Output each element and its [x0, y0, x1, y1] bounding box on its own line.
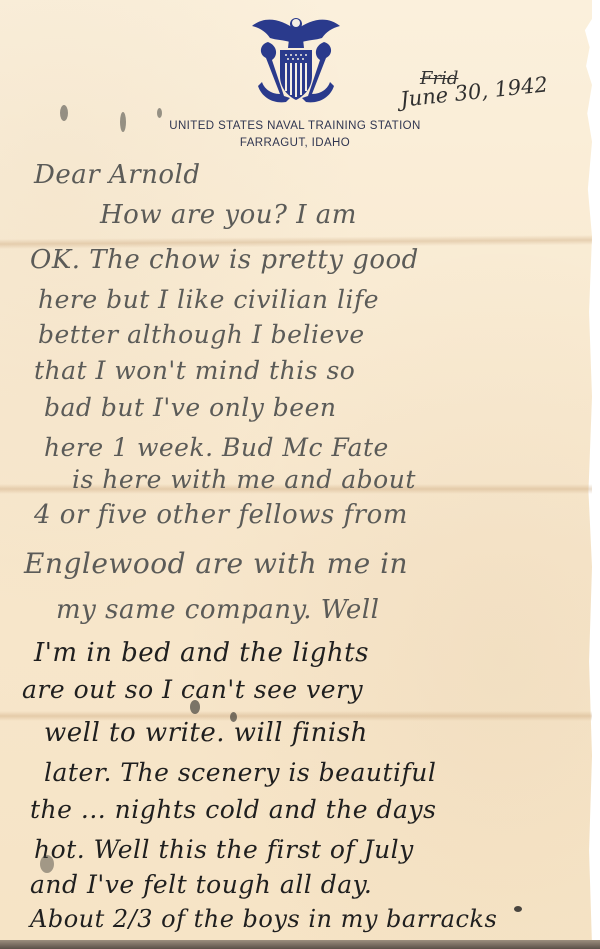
ink-blot — [40, 855, 54, 873]
letter-line: OK. The chow is pretty good — [30, 245, 419, 275]
navy-emblem-icon — [250, 2, 342, 110]
letterhead-title: UNITED STATES NAVAL TRAINING STATION — [100, 120, 490, 132]
ink-blot — [190, 700, 200, 714]
ink-smudge — [120, 112, 126, 132]
letter-line: here but I like civilian life — [38, 285, 379, 314]
letter-line: that I won't mind this so — [34, 356, 355, 385]
letter-line: Englewood are with me in — [24, 547, 408, 580]
letter-line: About 2/3 of the boys in my barracks — [30, 905, 497, 933]
letter-line: here 1 week. Bud Mc Fate — [44, 433, 389, 462]
ink-smudge — [157, 108, 162, 118]
letter-line: the ... nights cold and the days — [30, 795, 436, 824]
letter-line: my same company. Well — [56, 595, 379, 625]
letterhead-location: FARRAGUT, IDAHO — [100, 137, 490, 149]
ink-blot — [230, 712, 237, 722]
letter-line: 4 or five other fellows from — [34, 500, 408, 530]
letter-line: later. The scenery is beautiful — [44, 758, 436, 787]
letter-line: better although I believe — [38, 320, 365, 349]
letter-line: bad but I've only been — [44, 393, 336, 422]
letter-line: hot. Well this the first of July — [34, 835, 414, 864]
salutation: Dear Arnold — [34, 160, 201, 190]
ink-blot — [514, 906, 522, 912]
ink-smudge — [60, 105, 68, 121]
scan-bottom-edge — [0, 940, 600, 949]
letter-line: I'm in bed and the lights — [34, 638, 369, 668]
letter-line: and I've felt tough all day. — [30, 870, 372, 899]
letter-line: is here with me and about — [72, 465, 416, 494]
letter-line: well to write. will finish — [44, 718, 368, 748]
letter-line: How are you? I am — [100, 200, 357, 230]
